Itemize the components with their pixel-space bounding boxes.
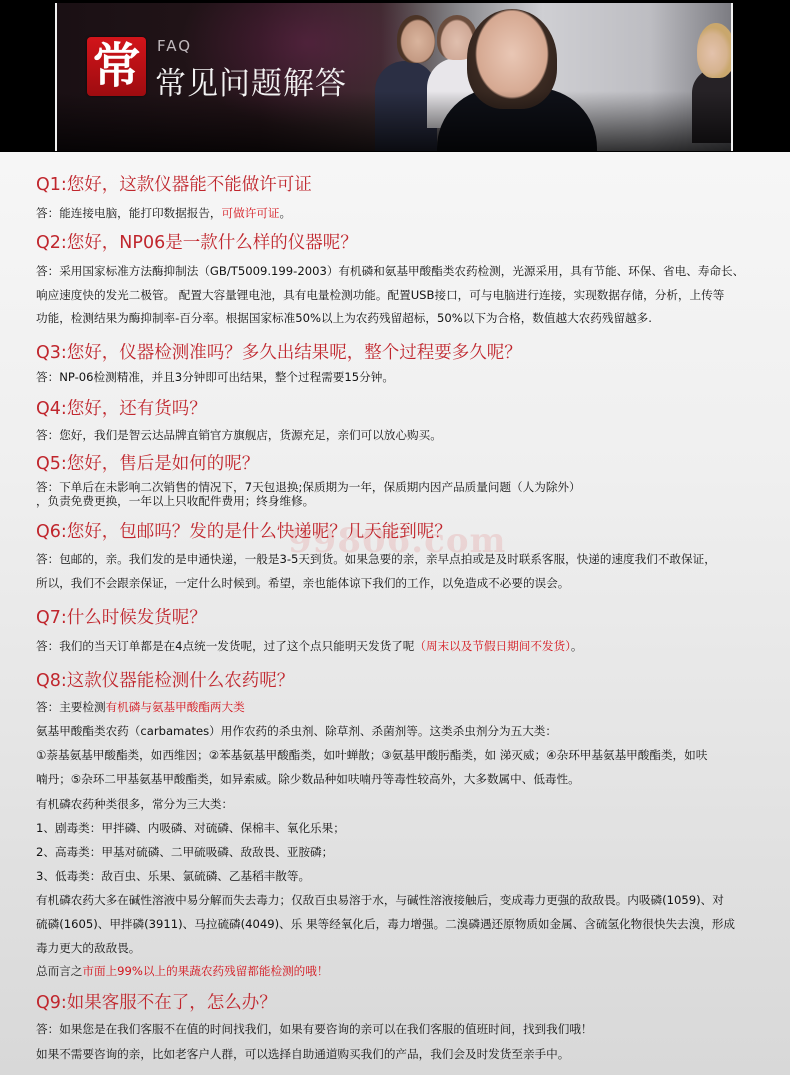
faq-answer-7: 答：我们的当天订单都是在4点统一发货呢，过了这个点只能明天发货了呢（周末以及节假… [36,638,583,654]
answer-text: 。 [280,206,292,220]
faq-answer-8-line-11: 毒力更大的敌敌畏。 [36,940,140,956]
faq-answer-9-line-1: 答：如果您是在我们客服不在值的时间找我们，如果有要咨询的亲可以在我们客服的值班时… [36,1021,593,1037]
answer-text: 答：能连接电脑，能打印数据报告， [36,206,222,220]
faq-answer-8-line-2: 氨基甲酸酯类农药（carbamates）用作农药的杀虫剂、除草剂、杀菌剂等。这类… [36,723,557,739]
faq-label: FAQ [157,37,192,55]
faq-question-6: Q6:您好，包邮吗？发的是什么快递呢？几天能到呢？ [36,518,452,543]
answer-highlight: 有机磷与氨基甲酸酯两大类 [106,700,245,714]
faq-answer-8-line-9: 有机磷农药大多在碱性溶液中易分解而失去毒力；仅敌百虫易溶于水，与碱性溶液接触后，… [36,892,724,908]
banner-divider-right [731,3,733,151]
faq-logo-icon: 常 [87,37,146,96]
answer-text: 总而言之 [36,964,82,978]
answer-text: 答：我们的当天订单都是在4点统一发货呢，过了这个点只能明天发货了呢 [36,639,414,653]
faq-question-1: Q1:您好，这款仪器能不能做许可证 [36,171,312,196]
faq-answer-4: 答：您好，我们是智云达品牌直销官方旗舰店，货源充足，亲们可以放心购买。 [36,427,442,443]
faq-question-4: Q4:您好，还有货吗？ [36,395,207,420]
answer-text: 答：主要检测 [36,700,106,714]
answer-highlight: 市面上99%以上的果蔬农药残留都能检测的哦！ [82,964,328,978]
faq-answer-8-line-4: 喃丹；⑤杂环二甲基氨基甲酸酯类，如异索威。除少数品种如呋喃丹等毒性较高外，大多数… [36,771,580,787]
answer-highlight: （周末以及节假日期间不发货） [414,639,571,653]
faq-question-9: Q9:如果客服不在了，怎么办？ [36,989,277,1014]
faq-answer-6-line-1: 答：包邮的，亲。我们发的是申通快递，一般是3-5天到货。如果急要的亲，亲早点拍或… [36,551,716,567]
faq-answer-8-line-10: 硫磷(1605)、甲拌磷(3911)、马拉硫磷(4049)、乐 果等经氧化后，毒… [36,916,735,932]
faq-question-5: Q5:您好，售后是如何的呢？ [36,450,259,475]
faq-answer-1: 答：能连接电脑，能打印数据报告，可做许可证。 [36,205,291,221]
faq-question-3: Q3:您好，仪器检测准吗？多久出结果呢，整个过程要多久呢？ [36,339,522,364]
faq-answer-8-line-6: 1、剧毒类：甲拌磷、内吸磷、对硫磷、保棉丰、氧化乐果； [36,820,345,836]
faq-question-7: Q7:什么时候发货呢？ [36,604,207,629]
faq-answer-8-line-1: 答：主要检测有机磷与氨基甲酸酯两大类 [36,699,245,715]
faq-answer-2-line-2: 响应速度快的发光二极管。 配置大容量锂电池，具有电量检测功能。配置USB接口，可… [36,287,724,303]
faq-answer-8-line-5: 有机磷农药种类很多，常分为三大类： [36,796,233,812]
faq-answer-5-line-2: ，负责免费更换，一年以上只收配件费用；终身维修。 [36,493,314,509]
faq-question-2: Q2:您好，NP06是一款什么样的仪器呢？ [36,229,358,254]
photo-person-blonde-head [697,23,731,78]
page-title: 常见问题解答 [155,58,347,103]
faq-answer-8-line-7: 2、高毒类：甲基对硫磷、二甲硫吸磷、敌敌畏、亚胺磷； [36,844,333,860]
answer-highlight: 可做许可证 [222,206,280,220]
faq-answer-8-line-3: ①萘基氨基甲酸酯类，如西维因；②苯基氨基甲酸酯类，如叶蝉散；③氨基甲酸肟酯类，如… [36,747,707,763]
faq-answer-3: 答：NP-06检测精准，并且3分钟即可出结果，整个过程需要15分钟。 [36,369,394,385]
answer-text: 。 [571,639,583,653]
faq-answer-9-line-2: 如果不需要咨询的亲，比如老客户人群，可以选择自助通道购买我们的产品，我们会及时发… [36,1046,569,1062]
faq-answer-8-line-12: 总而言之市面上99%以上的果蔬农药残留都能检测的哦！ [36,963,328,979]
faq-answer-6-line-2: 所以，我们不会跟亲保证，一定什么时候到。希望，亲也能体谅下我们的工作，以免造成不… [36,575,569,591]
photo-person-man-head [397,15,435,63]
faq-answer-2-line-1: 答：采用国家标准方法酶抑制法（GB/T5009.199-2003）有机磷和氨基甲… [36,263,744,279]
faq-answer-2-line-3: 功能，检测结果为酶抑制率-百分率。根据国家标准50%以上为农药残留超标，50%以… [36,310,652,326]
faq-answer-8-line-8: 3、低毒类：敌百虫、乐果、氯硫磷、乙基稻丰散等。 [36,868,310,884]
faq-banner: 常 FAQ 常见问题解答 [0,0,790,152]
faq-question-8: Q8:这款仪器能检测什么农药呢？ [36,667,294,692]
banner-divider-left [55,3,57,151]
